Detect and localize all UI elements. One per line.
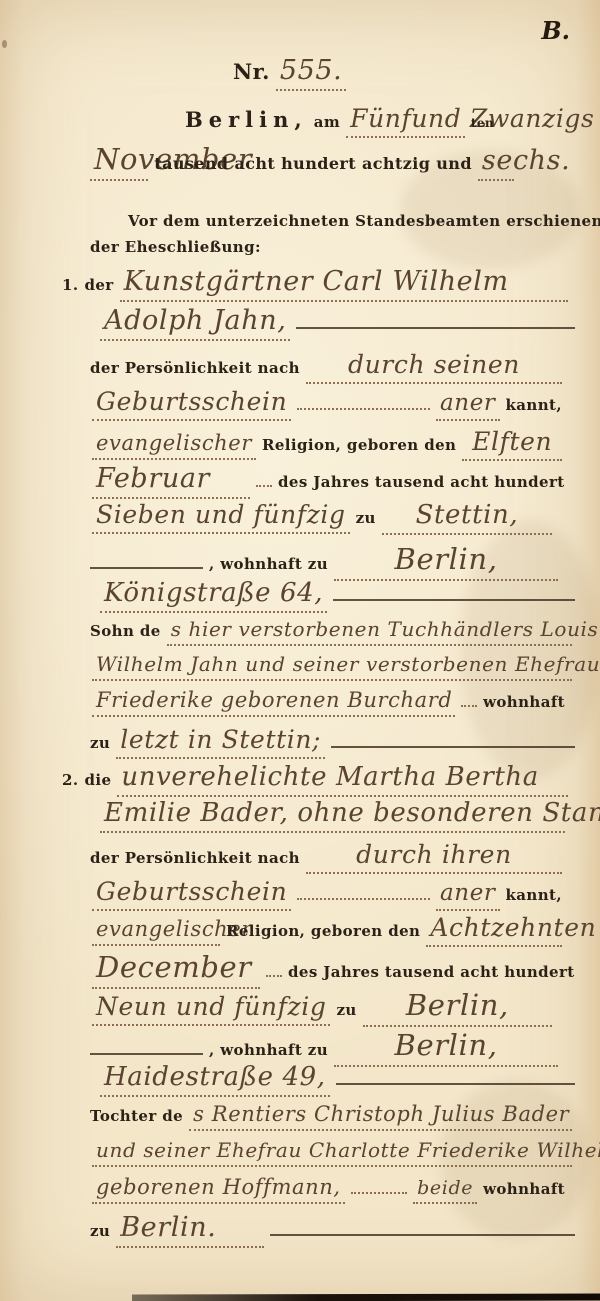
groom-article: der (84, 276, 113, 294)
ink-speck (2, 40, 7, 48)
identity-label: der Persönlichkeit nach (90, 359, 300, 377)
bride-father: s Rentiers Christoph Julius Bader (189, 1102, 572, 1131)
residence-label: , wohnhaft zu (209, 555, 328, 573)
intro-line-1: Vor dem unterzeichneten Standesbeamten e… (128, 212, 600, 230)
bride-parents-residence: Berlin. (116, 1212, 264, 1248)
bride-street-row: Haidestraße 49, (100, 1062, 575, 1097)
record-number-row: Nr. 555. (233, 55, 346, 91)
groom-residence: Berlin, (334, 542, 558, 581)
bride-birth-year-row: Neun und fünfzig zu Berlin, (92, 988, 552, 1027)
groom-aner: aner (436, 390, 500, 421)
bride-identity-row-1: der Persönlichkeit nach durch ihren (90, 840, 562, 874)
city-label: Berlin, (185, 107, 308, 132)
groom-identity-row-1: der Persönlichkeit nach durch seinen (90, 350, 562, 384)
bride-lineage-row-3: geborenen Hoffmann, beide wohnhaft (92, 1175, 565, 1204)
kannt-label: kannt, (506, 396, 562, 414)
religion-label: Religion, geboren den (262, 436, 456, 454)
year-handwriting: sechs. (478, 145, 514, 181)
intro-text-2: der Eheschließung: (90, 238, 261, 256)
groom-birth-year: Sieben und fünfzig (92, 500, 350, 534)
groom-lineage-row-3: Friederike geborenen Burchard wohnhaft (92, 688, 565, 717)
zu-label: zu (336, 1001, 356, 1019)
date-day-handwriting: Fünfund Zwanzigs (346, 104, 465, 138)
blank-rule (296, 326, 575, 329)
groom-lineage-row-2: Wilhelm Jahn und seiner verstorbenen Ehe… (92, 652, 572, 681)
year-words-label: des Jahres tausend acht hundert (278, 473, 565, 491)
year-printed-words: tausend acht hundert achtzig und (154, 154, 472, 173)
bride-parents: und seiner Ehefrau Charlotte Friederike … (92, 1138, 572, 1167)
bride-birth-place: Berlin, (363, 988, 552, 1027)
groom-parents-residence: letzt in Stettin; (116, 725, 325, 759)
groom-birth-month: Februar (92, 463, 250, 499)
zu-label: zu (90, 1222, 110, 1240)
blank-rule (333, 598, 575, 601)
bride-lineage-row-2: und seiner Ehefrau Charlotte Friederike … (92, 1138, 572, 1167)
dotted-leader (266, 974, 282, 977)
groom-name-row-1: 1. der Kunstgärtner Carl Wilhelm (62, 266, 568, 302)
dotted-leader (297, 897, 430, 900)
son-of-label: Sohn de (90, 622, 161, 640)
intro-text-1: Vor dem unterzeichneten Standesbeamten e… (128, 212, 600, 230)
dateline-row-1: Berlin, am Fünfund Zwanzigs ten (185, 104, 494, 138)
bride-birth-month: December (92, 950, 260, 989)
bride-identity-row-2: Geburtsschein aner kannt, (92, 877, 562, 911)
groom-item-number: 1. (62, 276, 78, 294)
record-number-value: 555. (276, 55, 347, 91)
marriage-register-page: B. Nr. 555. Berlin, am Fünfund Zwanzigs … (0, 0, 600, 1301)
bride-item-number: 2. (62, 771, 78, 789)
groom-birth-day: Elften (462, 427, 562, 461)
page-bottom-edge (132, 1294, 600, 1301)
blank-rule (336, 1082, 575, 1085)
dateline-row-2: November tausend acht hundert achtzig un… (90, 142, 514, 181)
dotted-leader (461, 704, 477, 707)
bride-birth-year: Neun und fünfzig (92, 992, 330, 1026)
bride-religion-row: evangelischer Religion, geboren den Acht… (92, 913, 562, 947)
am-label: am (314, 113, 340, 131)
record-number-label: Nr. (233, 59, 270, 84)
date-day-suffix: ten (471, 116, 494, 130)
bride-article: die (84, 771, 111, 789)
groom-religion: evangelischer (92, 431, 256, 460)
groom-identity-means: durch seinen (306, 350, 562, 384)
groom-lineage-row-1: Sohn de s hier verstorbenen Tuchhändlers… (90, 617, 572, 646)
groom-religion-row: evangelischer Religion, geboren den Elft… (92, 427, 562, 461)
intro-line-2: der Eheschließung: (90, 238, 261, 256)
wohnhaft-label: wohnhaft (483, 693, 565, 711)
year-words-label: des Jahres tausend acht hundert (288, 963, 575, 981)
page-corner-letter: B. (541, 16, 570, 45)
bride-birth-day: Achtzehnten (426, 913, 562, 947)
daughter-of-label: Tochter de (90, 1107, 183, 1125)
blank-rule (331, 745, 575, 748)
month-handwriting: November (90, 142, 148, 181)
bride-lineage-row-1: Tochter de s Rentiers Christoph Julius B… (90, 1102, 572, 1131)
bride-surname-and-station: Emilie Bader, ohne besonderen Stand, (100, 798, 565, 833)
groom-name-row-2: Adolph Jahn, (100, 305, 575, 341)
groom-identity-row-2: Geburtsschein aner kannt, (92, 387, 562, 421)
bride-religion: evangelischer (92, 917, 220, 946)
religion-label: Religion, geboren den (226, 922, 420, 940)
kannt-label: kannt, (506, 886, 562, 904)
bride-street: Haidestraße 49, (100, 1062, 330, 1097)
blank-rule (90, 566, 203, 569)
groom-street: Königstraße 64, (100, 578, 327, 613)
groom-parents: Wilhelm Jahn und seiner verstorbenen Ehe… (92, 652, 572, 681)
groom-birth-month-row: Februar des Jahres tausend acht hundert (92, 463, 562, 499)
dotted-leader (256, 484, 272, 487)
dotted-leader (297, 407, 430, 410)
groom-mother-maiden-name: Friederike geborenen Burchard (92, 688, 455, 717)
bride-birth-certificate: Geburtsschein (92, 877, 291, 911)
groom-lineage-row-4: zu letzt in Stettin; (90, 725, 575, 759)
bride-identity-means: durch ihren (306, 840, 562, 874)
residence-label: , wohnhaft zu (209, 1041, 328, 1059)
blank-rule (270, 1233, 575, 1236)
bride-name-row-1: 2. die unverehelichte Martha Bertha (62, 762, 568, 797)
blank-rule (90, 1052, 203, 1055)
bride-status-and-name: unverehelichte Martha Bertha (117, 762, 568, 797)
groom-birth-year-row: Sieben und fünfzig zu Stettin, (92, 500, 552, 535)
bride-name-row-2: Emilie Bader, ohne besonderen Stand, (100, 798, 565, 833)
bride-both-word: beide (413, 1177, 477, 1204)
groom-birth-certificate: Geburtsschein (92, 387, 291, 421)
bride-lineage-row-4: zu Berlin. (90, 1212, 575, 1248)
groom-occupation-and-name: Kunstgärtner Carl Wilhelm (120, 266, 568, 302)
wohnhaft-label: wohnhaft (483, 1180, 565, 1198)
groom-father: s hier verstorbenen Tuchhändlers Louis (167, 617, 572, 646)
bride-birth-month-row: December des Jahres tausend acht hundert (92, 950, 562, 989)
zu-label: zu (356, 509, 376, 527)
bride-aner: aner (436, 880, 500, 911)
identity-label: der Persönlichkeit nach (90, 849, 300, 867)
groom-birth-place: Stettin, (382, 500, 552, 535)
bride-mother-maiden-name: geborenen Hoffmann, (92, 1175, 345, 1204)
zu-label: zu (90, 734, 110, 752)
dotted-leader (351, 1191, 408, 1194)
groom-street-row: Königstraße 64, (100, 578, 575, 613)
groom-residence-row: , wohnhaft zu Berlin, (90, 542, 558, 581)
groom-surname: Adolph Jahn, (100, 305, 290, 341)
